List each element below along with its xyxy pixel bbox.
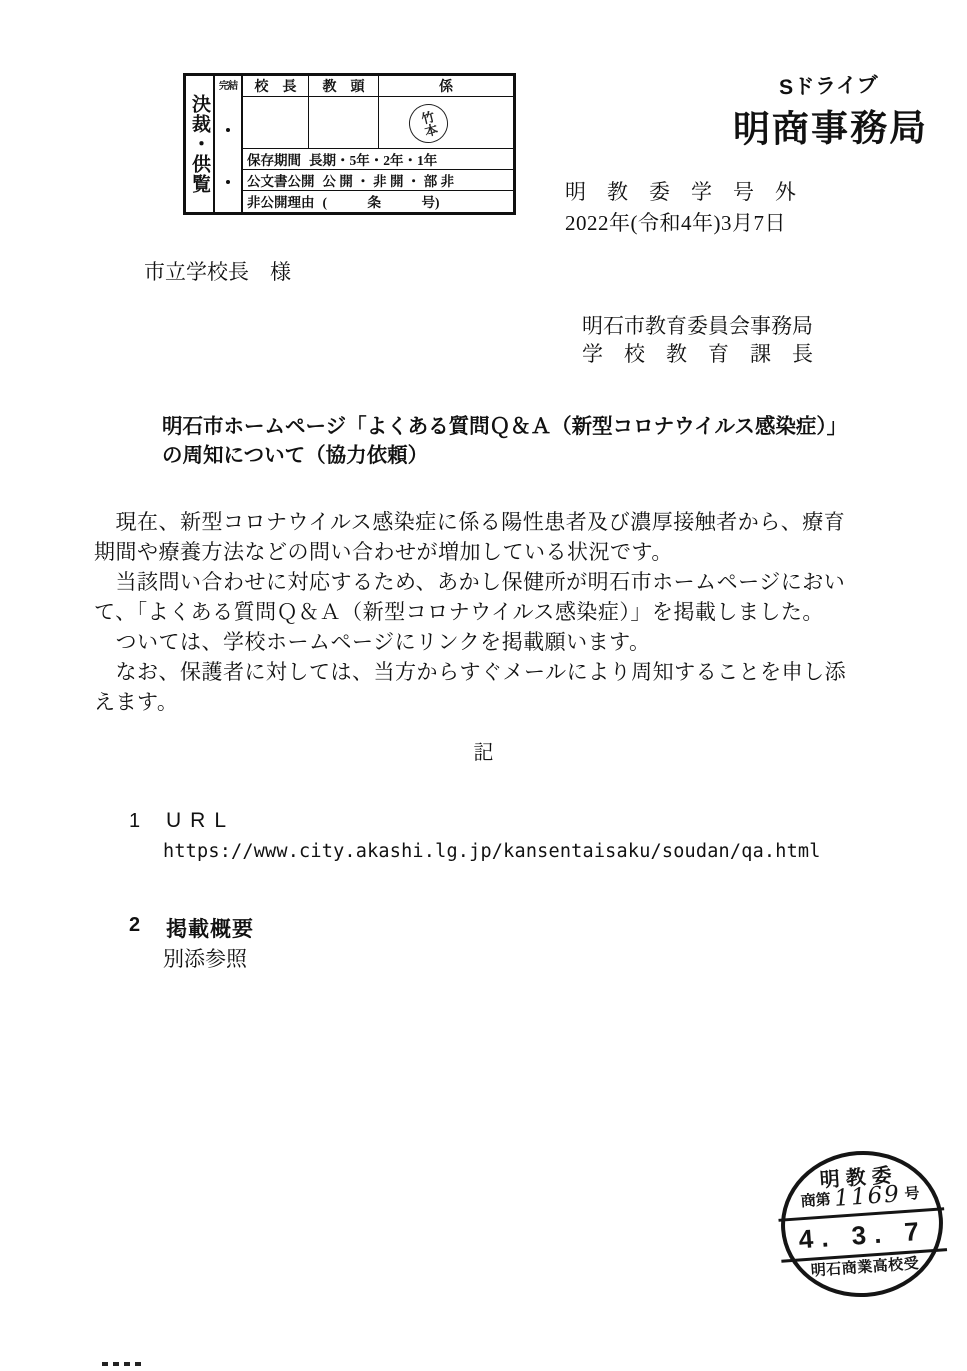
body-line: 現在、新型コロナウイルス感染症に係る陽性患者及び濃厚接触者から、療育 <box>94 507 904 537</box>
approval-cell-principal <box>243 97 309 148</box>
body-line: ついては、学校ホームページにリンクを掲載願います。 <box>94 627 904 657</box>
receipt-stamp: 明教委 商第 1169 号 4. 3. 7 明石商業高校受 <box>776 1146 948 1303</box>
scanned-document-page: 決裁・供覧 完結 校 長 教 頭 係 竹本 保存期間 長期・5年・2年・1年 <box>0 0 967 1371</box>
approval-header-principal: 校 長 <box>243 76 309 96</box>
approval-box: 決裁・供覧 完結 校 長 教 頭 係 竹本 保存期間 長期・5年・2年・1年 <box>183 73 516 215</box>
disclosure-value: 公 開 ・ 非 開 ・ 部 非 <box>323 170 455 190</box>
document-date: 2022年(令和4年)3月7日 <box>565 207 786 237</box>
hanko-seal: 竹本 <box>405 100 452 147</box>
receipt-number-prefix: 商第 <box>800 1192 831 1210</box>
approval-dot <box>226 128 230 132</box>
ki-notation: 記 <box>0 736 967 765</box>
approval-complete-label: 完結 <box>215 77 241 92</box>
item-2-label: 掲載概要 <box>166 913 254 943</box>
item-1-url-text: https://www.city.akashi.lg.jp/kansentais… <box>163 841 821 862</box>
approval-complete-column: 完結 <box>215 76 243 212</box>
subject-line-1: 明石市ホームページ「よくある質問Ｑ＆Ａ（新型コロナウイルス感染症）」 <box>162 412 922 441</box>
approval-header-vice-principal: 教 頭 <box>309 76 379 96</box>
reason-label: 非公開理由 <box>247 191 315 211</box>
body-line: 期間や療養方法などの問い合わせが増加している状況です。 <box>94 537 904 567</box>
document-number: 明 教 委 学 号 外 <box>565 176 796 206</box>
item-1-number: 1 <box>129 810 140 833</box>
approval-row-retention: 保存期間 長期・5年・2年・1年 <box>243 149 513 170</box>
addressee: 市立学校長 様 <box>144 256 291 286</box>
item-1-label: URL <box>166 809 235 833</box>
approval-row-nondisclosure-reason: 非公開理由 ( 条 号) <box>243 191 513 212</box>
retention-value: 長期・5年・2年・1年 <box>309 149 437 169</box>
subject-title: 明石市ホームページ「よくある質問Ｑ＆Ａ（新型コロナウイルス感染症）」 の周知につ… <box>162 412 922 470</box>
body-line: て、「よくある質問Ｑ＆Ａ（新型コロナウイルス感染症）」を掲載しました。 <box>94 597 904 627</box>
body-line: 当該問い合わせに対応するため、あかし保健所が明石市ホームページにおい <box>94 567 904 597</box>
handwritten-drive-note: Sドライブ <box>779 69 879 102</box>
approval-header-staff: 係 <box>379 76 513 96</box>
receipt-number-handwritten: 1169 <box>833 1181 901 1212</box>
approval-dot <box>226 180 230 184</box>
item-2-number: 2 <box>129 914 140 937</box>
sender-title: 学 校 教 育 課 長 <box>582 338 813 368</box>
approval-cell-staff: 竹本 <box>379 97 513 148</box>
body-line: なお、保護者に対しては、当方からすぐメールにより周知することを申し添 <box>94 657 904 687</box>
reason-value: ( 条 号) <box>323 191 440 211</box>
receipt-number-suffix: 号 <box>904 1186 920 1203</box>
handwritten-office-note: 明商事務局 <box>733 97 928 153</box>
approval-cell-vice-principal <box>309 97 379 148</box>
scan-artifact <box>102 1362 144 1366</box>
subject-line-2: の周知について（協力依頼） <box>162 441 922 470</box>
sender-organization: 明石市教育委員会事務局 <box>582 310 813 340</box>
item-2-content: 別添参照 <box>163 943 247 973</box>
approval-grid: 校 長 教 頭 係 竹本 保存期間 長期・5年・2年・1年 公文書公開 公 開 … <box>243 76 513 212</box>
approval-left-label: 決裁・供覧 <box>186 76 215 212</box>
disclosure-label: 公文書公開 <box>247 170 315 190</box>
retention-label: 保存期間 <box>247 149 301 169</box>
body-text: 現在、新型コロナウイルス感染症に係る陽性患者及び濃厚接触者から、療育 期間や療養… <box>94 507 904 717</box>
approval-row-disclosure: 公文書公開 公 開 ・ 非 開 ・ 部 非 <box>243 170 513 191</box>
body-line: えます。 <box>94 687 904 717</box>
